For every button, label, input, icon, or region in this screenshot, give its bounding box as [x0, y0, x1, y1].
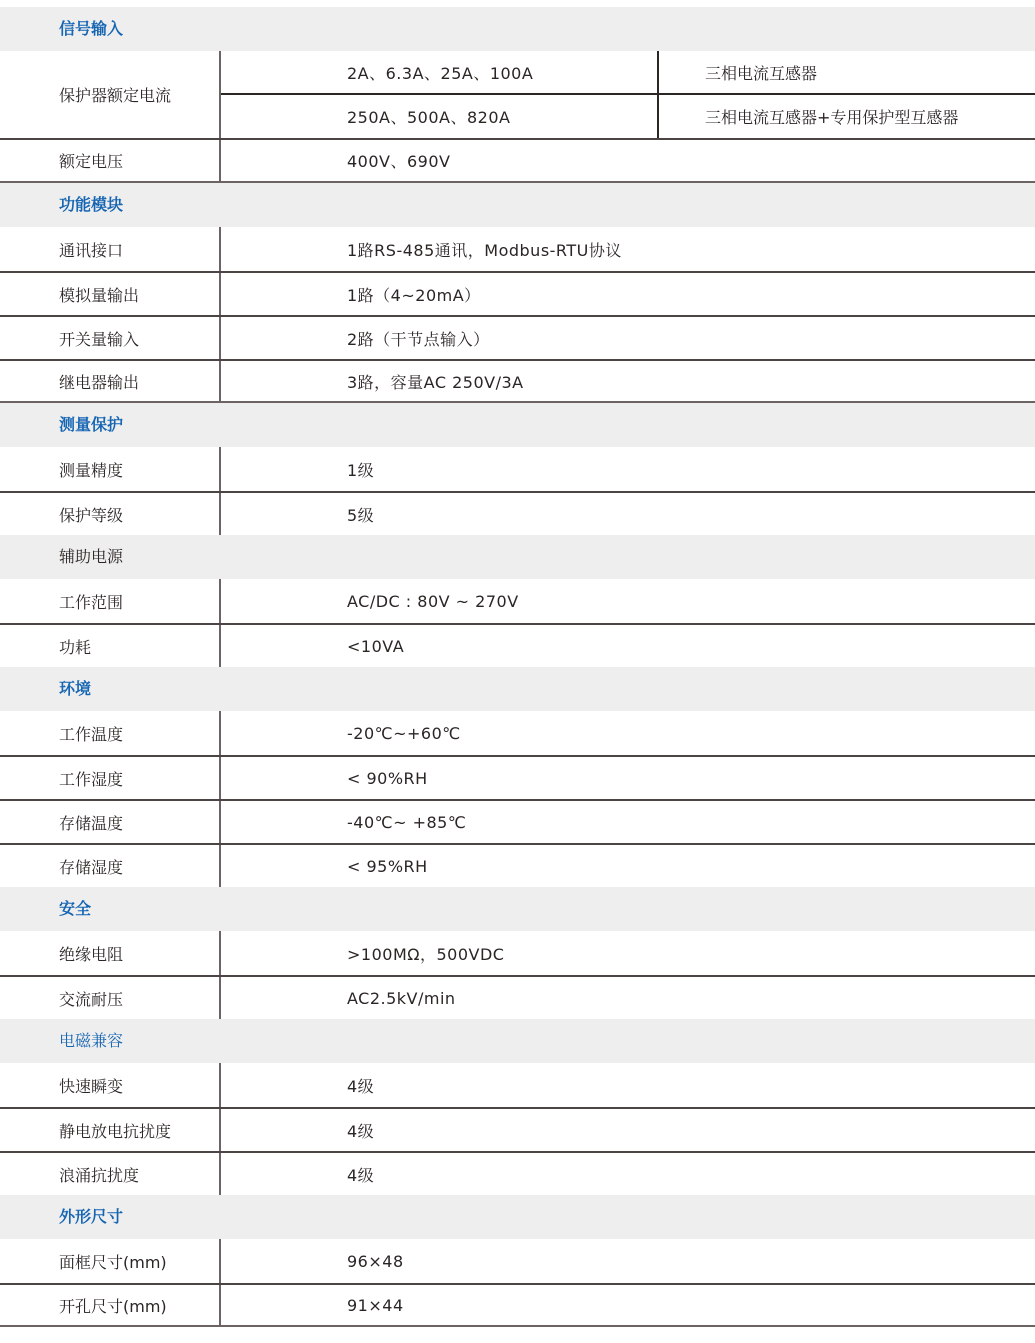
row-label: 存储温度	[59, 801, 123, 843]
column-divider	[219, 757, 221, 799]
table-row: 工作范围 AC/DC : 80V ~ 270V	[0, 579, 1035, 623]
row-value: 91×44	[347, 1285, 404, 1325]
row-value: >100MΩ，500VDC	[347, 931, 504, 975]
section-header-function-module: 功能模块	[0, 183, 1035, 227]
column-divider	[219, 1063, 221, 1107]
column-divider	[219, 977, 221, 1019]
column-divider	[219, 931, 221, 975]
table-row: 工作温度 -20℃~+60℃	[0, 711, 1035, 755]
column-divider	[219, 1239, 221, 1283]
row-value: AC/DC : 80V ~ 270V	[347, 579, 519, 623]
row-value: 400V、690V	[347, 140, 450, 181]
row-value: < 95%RH	[347, 845, 428, 887]
column-divider	[219, 579, 221, 623]
row-value: AC2.5kV/min	[347, 977, 456, 1019]
row-label: 保护器额定电流	[59, 51, 171, 138]
row-note: 三相电流互感器	[705, 51, 817, 93]
column-divider	[219, 801, 221, 843]
row-value: 1路RS-485通讯，Modbus-RTU协议	[347, 227, 622, 271]
section-header-dimensions: 外形尺寸	[0, 1195, 1035, 1239]
column-divider	[219, 447, 221, 491]
section-header-measurement-protection: 测量保护	[0, 403, 1035, 447]
row-value: <10VA	[347, 625, 404, 667]
column-divider	[219, 361, 221, 401]
section-header-environment: 环境	[0, 667, 1035, 711]
section-title: 外形尺寸	[59, 1195, 123, 1239]
column-divider	[219, 845, 221, 887]
table-row: 绝缘电阻 >100MΩ，500VDC	[0, 931, 1035, 975]
column-divider	[219, 1153, 221, 1195]
column-divider	[219, 317, 221, 359]
table-row: 通讯接口 1路RS-485通讯，Modbus-RTU协议	[0, 227, 1035, 271]
section-header-safety: 安全	[0, 887, 1035, 931]
column-divider	[219, 493, 221, 535]
section-header-emc: 电磁兼容	[0, 1019, 1035, 1063]
row-label: 通讯接口	[59, 227, 123, 271]
row-label: 继电器输出	[59, 361, 139, 401]
table-row: 存储湿度 < 95%RH	[0, 843, 1035, 887]
table-row: 快速瞬变 4级	[0, 1063, 1035, 1107]
row-label: 工作湿度	[59, 757, 123, 799]
row-label: 浪涌抗扰度	[59, 1153, 139, 1195]
table-row: 存储温度 -40℃~ +85℃	[0, 799, 1035, 843]
row-label: 测量精度	[59, 447, 123, 491]
section-title: 电磁兼容	[59, 1019, 123, 1063]
row-label: 快速瞬变	[59, 1063, 123, 1107]
row-label: 工作温度	[59, 711, 123, 755]
table-row: 功耗 <10VA	[0, 623, 1035, 667]
sub-row: 2A、6.3A、25A、100A 三相电流互感器	[221, 51, 1035, 95]
section-title: 信号输入	[59, 7, 123, 51]
row-value: 2A、6.3A、25A、100A	[347, 51, 533, 93]
row-label: 工作范围	[59, 579, 123, 623]
row-label: 保护等级	[59, 493, 123, 535]
table-row: 静电放电抗扰度 4级	[0, 1107, 1035, 1151]
column-divider	[219, 140, 221, 181]
row-label: 开关量输入	[59, 317, 139, 359]
row-value: 1级	[347, 447, 374, 491]
column-divider	[219, 227, 221, 271]
table-row: 浪涌抗扰度 4级	[0, 1151, 1035, 1195]
row-label: 额定电压	[59, 140, 123, 181]
row-value: -20℃~+60℃	[347, 711, 461, 755]
table-row: 额定电压 400V、690V	[0, 138, 1035, 183]
section-title: 测量保护	[59, 403, 123, 447]
section-header-signal-input: 信号输入	[0, 7, 1035, 51]
table-row: 交流耐压 AC2.5kV/min	[0, 975, 1035, 1019]
table-row: 测量精度 1级	[0, 447, 1035, 491]
row-value: 4级	[347, 1153, 374, 1195]
row-value: 1路（4~20mA）	[347, 273, 481, 315]
table-row: 工作湿度 < 90%RH	[0, 755, 1035, 799]
sub-row: 250A、500A、820A 三相电流互感器+专用保护型互感器	[221, 95, 1035, 138]
section-title: 辅助电源	[59, 535, 123, 579]
row-value: 96×48	[347, 1239, 404, 1283]
row-value: < 90%RH	[347, 757, 428, 799]
row-label: 功耗	[59, 625, 91, 667]
row-value: -40℃~ +85℃	[347, 801, 466, 843]
row-value: 3路，容量AC 250V/3A	[347, 361, 524, 401]
table-row: 面框尺寸(mm) 96×48	[0, 1239, 1035, 1283]
row-note: 三相电流互感器+专用保护型互感器	[705, 95, 958, 138]
row-value: 250A、500A、820A	[347, 95, 510, 138]
column-divider	[219, 711, 221, 755]
row-value: 2路（干节点输入）	[347, 317, 490, 359]
column-divider	[219, 1109, 221, 1151]
row-label: 静电放电抗扰度	[59, 1109, 171, 1151]
row-label: 开孔尺寸(mm)	[59, 1285, 167, 1325]
row-value: 5级	[347, 493, 374, 535]
row-value: 4级	[347, 1109, 374, 1151]
column-divider	[219, 625, 221, 667]
section-title: 功能模块	[59, 183, 123, 227]
section-title: 安全	[59, 887, 91, 931]
row-label: 绝缘电阻	[59, 931, 123, 975]
row-label: 面框尺寸(mm)	[59, 1239, 167, 1283]
table-row: 开孔尺寸(mm) 91×44	[0, 1283, 1035, 1327]
table-row: 模拟量输出 1路（4~20mA）	[0, 271, 1035, 315]
column-divider	[219, 1285, 221, 1325]
column-divider	[219, 273, 221, 315]
section-header-auxiliary-power: 辅助电源	[0, 535, 1035, 579]
column-divider	[657, 51, 659, 138]
table-row: 继电器输出 3路，容量AC 250V/3A	[0, 359, 1035, 403]
row-value: 4级	[347, 1063, 374, 1107]
spec-table: 信号输入 保护器额定电流 2A、6.3A、25A、100A 三相电流互感器 25…	[0, 7, 1035, 1327]
row-label: 模拟量输出	[59, 273, 139, 315]
table-row: 保护等级 5级	[0, 491, 1035, 535]
section-title: 环境	[59, 667, 91, 711]
row-label: 存储湿度	[59, 845, 123, 887]
table-row-rated-current: 保护器额定电流 2A、6.3A、25A、100A 三相电流互感器 250A、50…	[0, 51, 1035, 138]
row-label: 交流耐压	[59, 977, 123, 1019]
table-row: 开关量输入 2路（干节点输入）	[0, 315, 1035, 359]
